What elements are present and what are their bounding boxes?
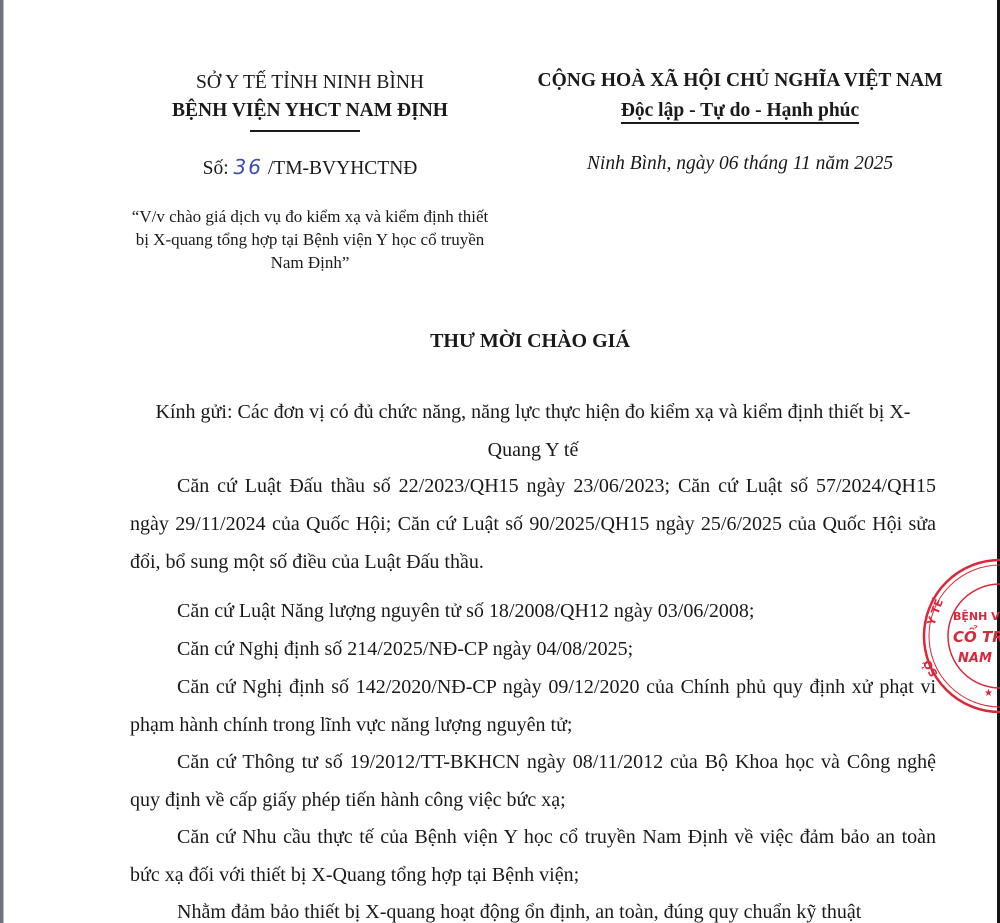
document-number-prefix: Số: (203, 158, 229, 179)
stamp-inner-line-1: BỆNH VI (953, 610, 1000, 623)
scan-edge-left (0, 0, 3, 923)
national-motto: Độc lập - Tự do - Hạnh phúc (505, 100, 975, 122)
national-title: CỘNG HOÀ XÃ HỘI CHỦ NGHĨA VIỆT NAM (505, 70, 975, 92)
paragraph-purpose: Nhằm đảm bảo thiết bị X-quang hoạt động … (130, 893, 936, 923)
stamp-ring-text-bottom: SỞ (920, 657, 941, 680)
paragraph-atomic-energy-law: Căn cứ Luật Năng lượng nguyên tử số 18/2… (130, 592, 936, 630)
paragraph-decree-214: Căn cứ Nghị định số 214/2025/NĐ-CP ngày … (130, 630, 936, 668)
motto-text: Độc lập - Tự do - Hạnh phúc (621, 100, 859, 124)
organization-underline (250, 130, 360, 132)
stamp-star-icon: ★ (984, 688, 993, 699)
paragraph-decree-142: Căn cứ Nghị định số 142/2020/NĐ-CP ngày … (130, 668, 936, 744)
document-number-suffix: /TM-BVYHCTNĐ (268, 158, 418, 179)
recipient-line: Kính gửi: Các đơn vị có đủ chức năng, nă… (130, 393, 936, 469)
document-title: THƯ MỜI CHÀO GIÁ (0, 330, 1000, 353)
document-number-handwritten: 36 (234, 155, 263, 179)
official-red-stamp: Y TẾ SỞ BỆNH VI CỔ TR NAM ★ (920, 556, 1000, 716)
stamp-inner-line-2: CỔ TR (953, 624, 1000, 646)
stamp-ring-text-left: Y TẾ (922, 596, 946, 628)
parent-organization: SỞ Y TẾ TỈNH NINH BÌNH (150, 72, 470, 94)
paragraph-hospital-needs: Căn cứ Nhu cầu thực tế của Bệnh viện Y h… (130, 818, 936, 894)
paragraph-circular-19: Căn cứ Thông tư số 19/2012/TT-BKHCN ngày… (130, 743, 936, 819)
document-subject: “V/v chào giá dịch vụ đo kiểm xạ và kiểm… (130, 205, 490, 274)
document-number: Số: 36 /TM-BVYHCTNĐ (150, 155, 470, 180)
paragraph-legal-basis-bidding-law: Căn cứ Luật Đấu thầu số 22/2023/QH15 ngà… (130, 467, 936, 581)
place-and-date: Ninh Bình, ngày 06 tháng 11 năm 2025 (505, 153, 975, 175)
stamp-inner-line-3: NAM (958, 651, 992, 666)
organization-name: BỆNH VIỆN YHCT NAM ĐỊNH (150, 100, 470, 122)
